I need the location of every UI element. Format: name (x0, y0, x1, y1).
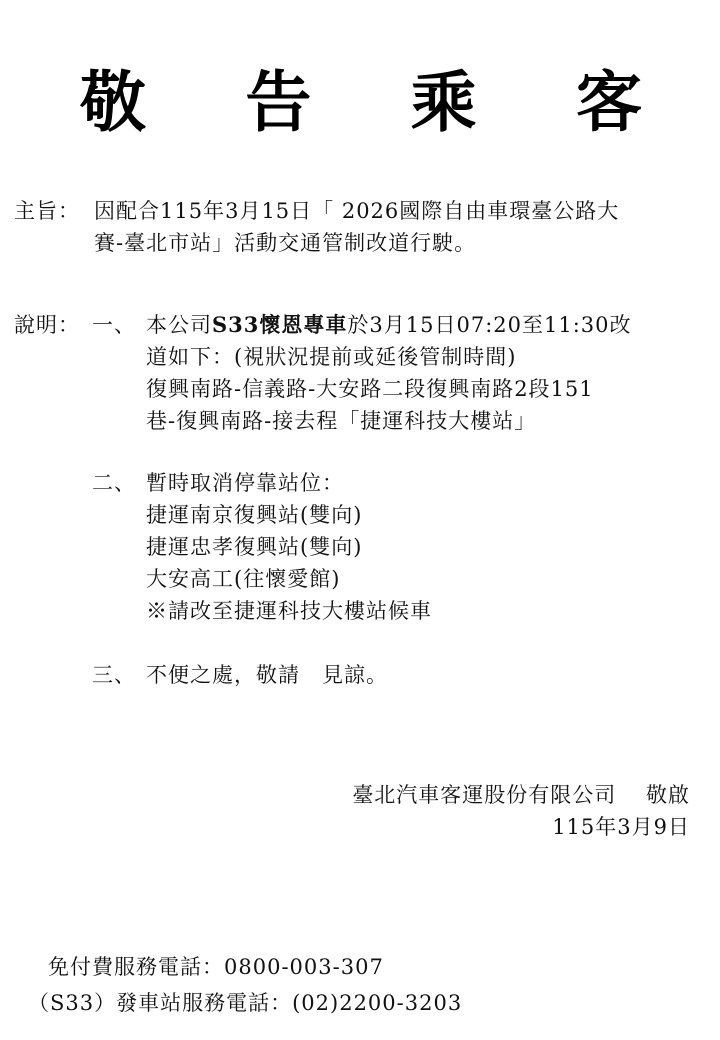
item1-post: 於3月15日07:20至11:30改 (347, 313, 631, 337)
item1-pre: 本公司 (146, 313, 212, 337)
notice-title: 敬 告 乘 客 (0, 62, 720, 142)
item1-line-3: 復興南路-信義路-大安路二段復興南路2段151 (146, 374, 594, 404)
item1-line-2: 道如下：(視狀況提前或延後管制時間) (146, 342, 516, 372)
toll-free-phone: 免付費服務電話：0800-003-307 (48, 952, 384, 982)
station-phone: （S33）發車站服務電話：(02)2200-3203 (28, 988, 462, 1018)
title-char-3: 乘 (411, 62, 477, 142)
item1-number: 一、 (92, 310, 136, 340)
title-char-1: 敬 (80, 62, 146, 142)
item2-number: 二、 (92, 468, 136, 498)
title-char-4: 客 (576, 62, 642, 142)
stop-note: ※請改至捷運科技大樓站候車 (146, 596, 432, 626)
subject-line-1: 因配合115年3月15日「 2026國際自由車環臺公路大 (94, 196, 619, 226)
item1-line-4: 巷-復興南路-接去程「捷運科技大樓站」 (146, 406, 536, 436)
item3-number: 三、 (92, 660, 136, 690)
subject-line-2: 賽-臺北市站」活動交通管制改道行駛。 (94, 228, 476, 258)
stop-1: 捷運南京復興站(雙向) (146, 500, 362, 530)
stop-2: 捷運忠孝復興站(雙向) (146, 532, 362, 562)
subject-label: 主旨： (14, 196, 80, 226)
item2-heading: 暫時取消停靠站位： (146, 468, 344, 498)
item1-line-1: 本公司S33懷恩專車於3月15日07:20至11:30改 (146, 310, 632, 340)
title-char-2: 告 (245, 62, 311, 142)
stop-3: 大安高工(往懷愛館) (146, 564, 340, 594)
signature-date: 115年3月9日 (552, 812, 690, 842)
description-label: 說明： (14, 310, 80, 340)
signature-company: 臺北汽車客運股份有限公司 敬啟 (352, 780, 690, 810)
item3-text: 不便之處，敬請 見諒。 (146, 660, 388, 690)
route-name: S33懷恩專車 (212, 312, 347, 337)
